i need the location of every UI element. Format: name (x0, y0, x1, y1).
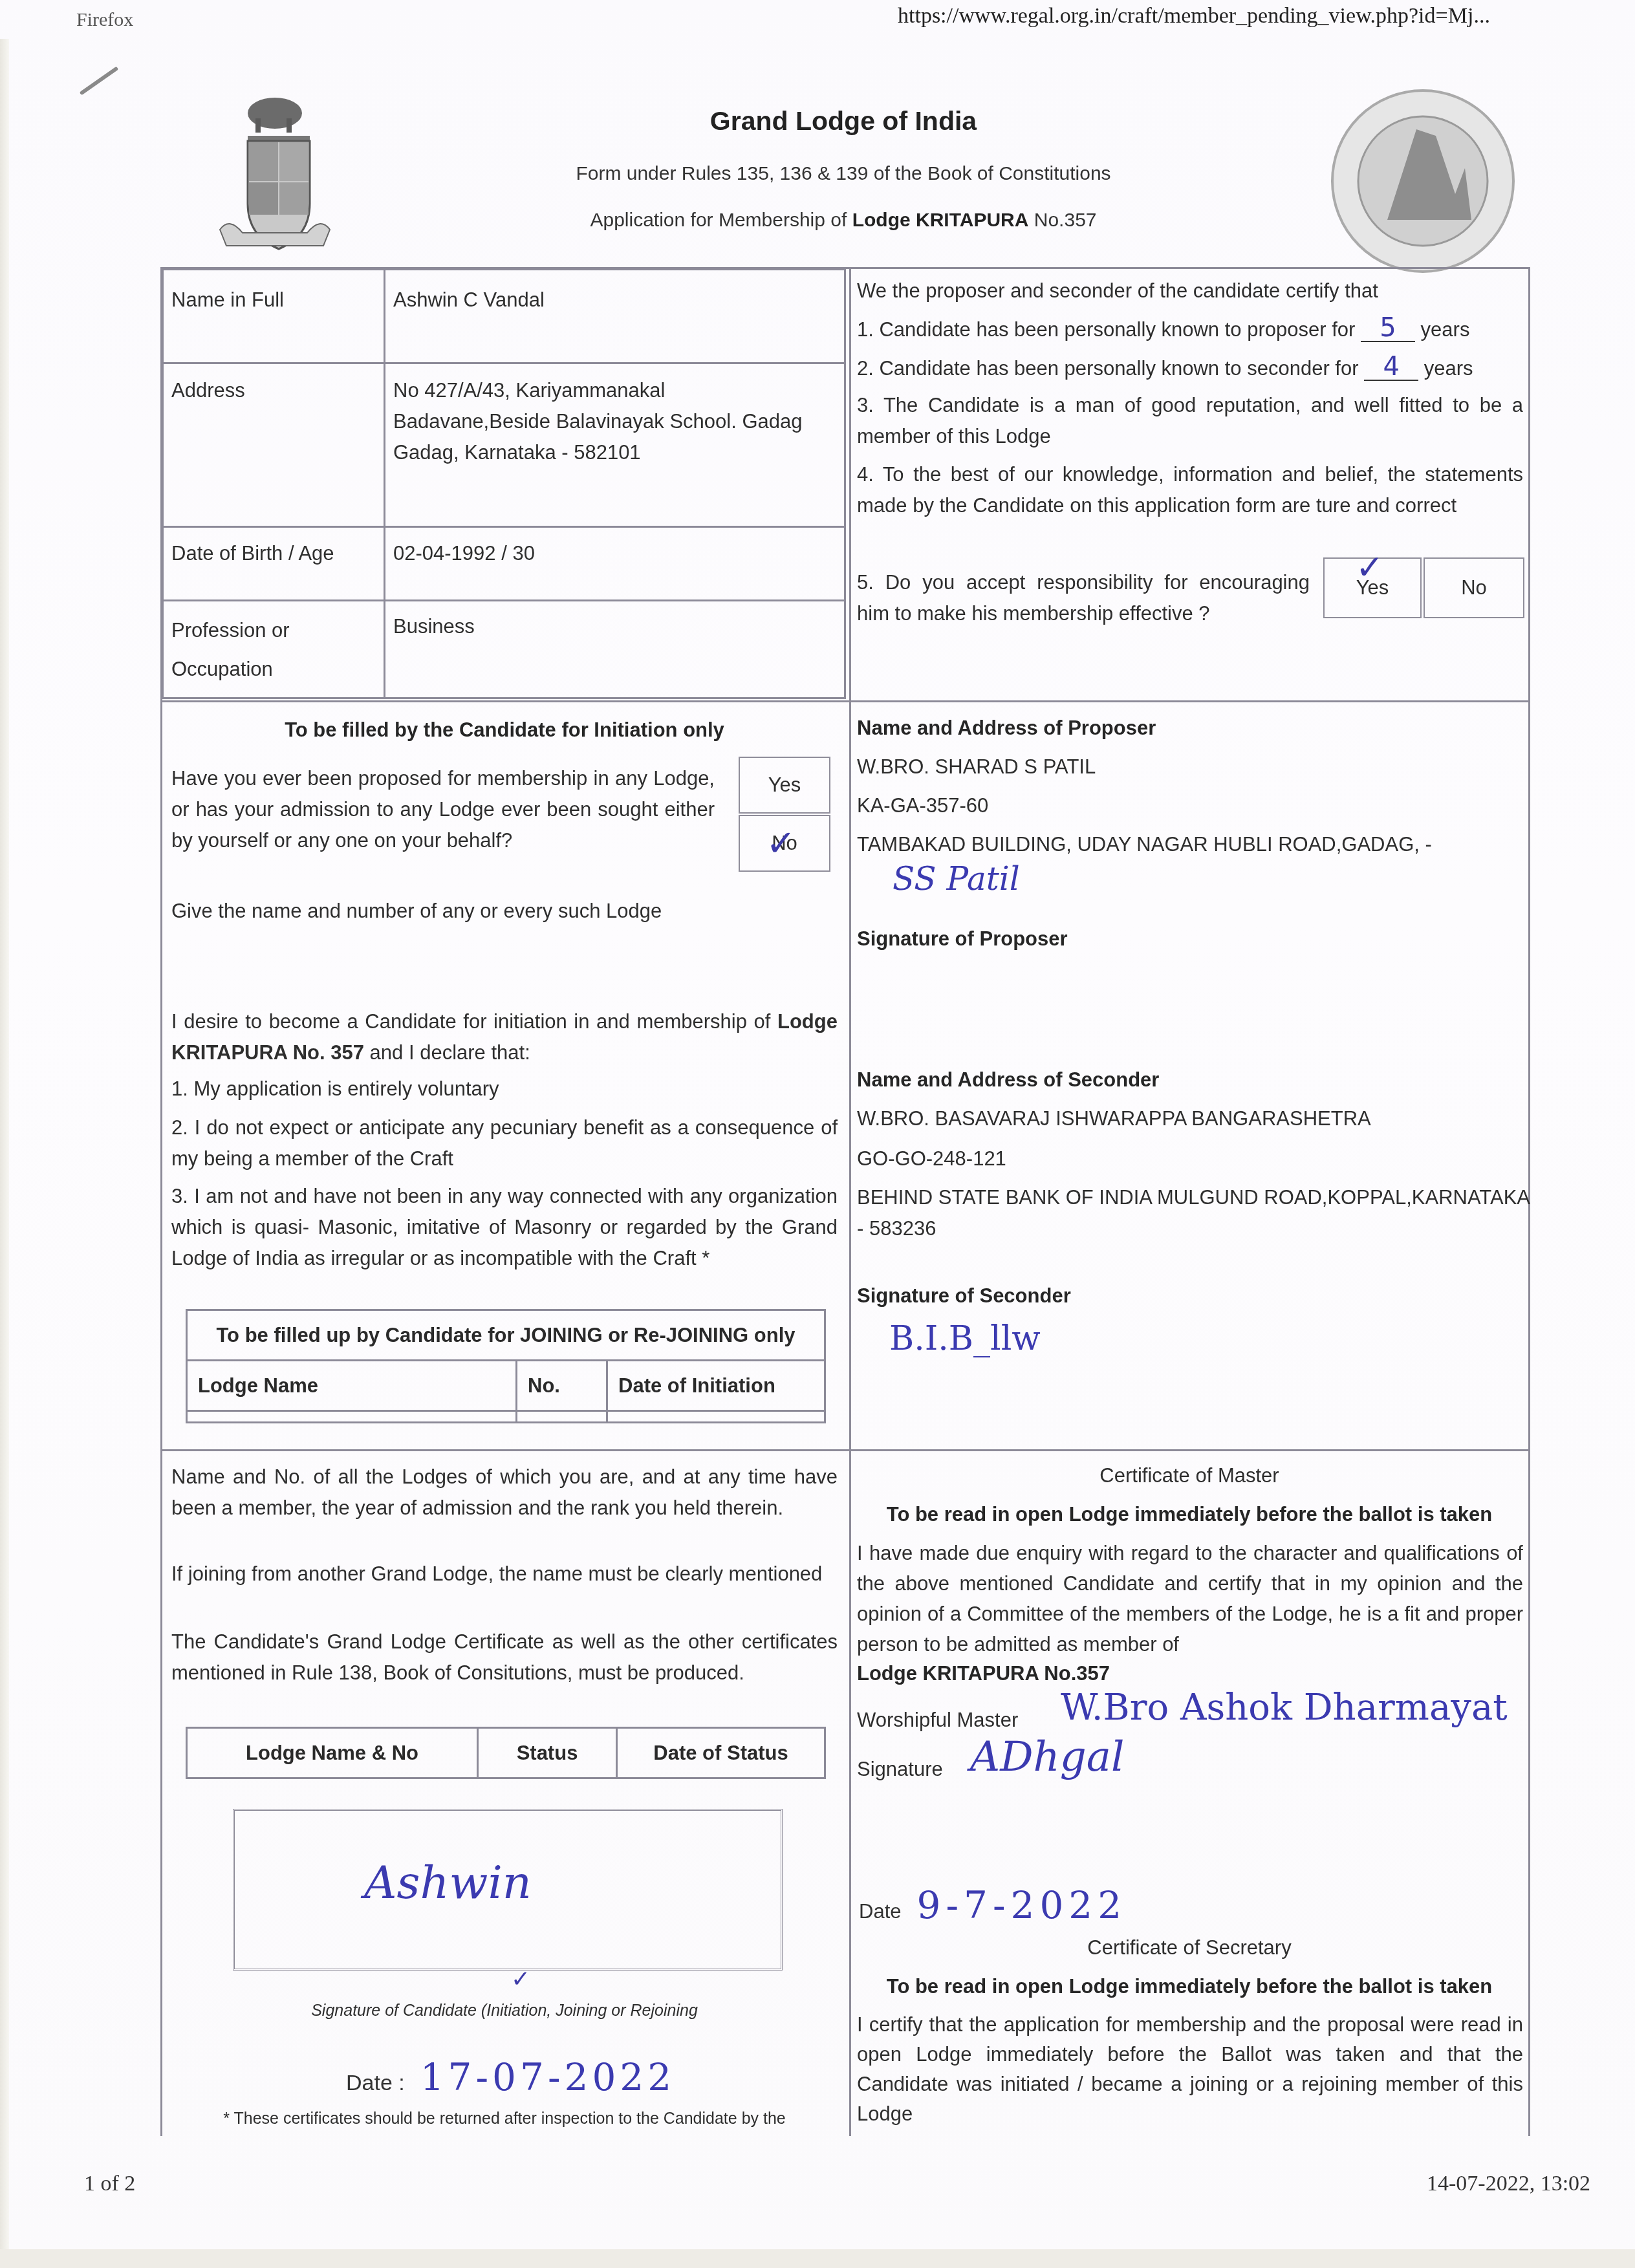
candidate-signature-caption: Signature of Candidate (Initiation, Join… (162, 1995, 847, 2026)
candidate-date: Date : 17-07-2022 (346, 2055, 675, 2099)
address-line: - 583236 (857, 1213, 1530, 1244)
date-value: 9-7-2022 (916, 1883, 1127, 1927)
declare-suffix: and I declare that: (364, 1041, 530, 1064)
years-label: years (1424, 357, 1473, 380)
master-certificate-subtitle: To be read in open Lodge immediately bef… (850, 1499, 1528, 1530)
date-label: Date (859, 1900, 901, 1923)
address-line: BEHIND STATE BANK OF INDIA MULGUND ROAD,… (857, 1182, 1530, 1213)
proposer-name: W.BRO. SHARAD S PATIL (857, 751, 1096, 783)
item-text: 2. Candidate has been personally known t… (857, 357, 1359, 380)
scan-edge (0, 39, 9, 2263)
value-profession: Business (393, 611, 475, 642)
item-text: 1. Candidate has been personally known t… (857, 318, 1355, 341)
give-lodge-name-prompt: Give the name and number of any or every… (171, 896, 844, 927)
proposer-signature: SS Patil (893, 860, 1020, 898)
secretary-certificate-body: I certify that the application for membe… (857, 2010, 1523, 2129)
check-mark-icon: ✓ (1356, 548, 1384, 587)
no-label: No (1461, 576, 1487, 599)
candidate-signature: Ashwin (364, 1856, 532, 1909)
date-value: 17-07-2022 (420, 2055, 675, 2099)
proposed-yes-checkbox[interactable]: Yes (739, 757, 830, 814)
proposer-address: TAMBAKAD BUILDING, UDAY NAGAR HUBLI ROAD… (857, 829, 1432, 860)
initiation-question: Have you ever been proposed for membersh… (171, 763, 715, 856)
col-no: No. (517, 1361, 607, 1411)
print-timestamp: 14-07-2022, 13:02 (1427, 2172, 1590, 2196)
label-profession: Profession or Occupation (171, 611, 290, 689)
lodge-no: No.357 (1028, 210, 1096, 231)
candidate-signature-box[interactable]: Ashwin (233, 1809, 783, 1971)
certify-item-1: 1. Candidate has been personally known t… (857, 314, 1523, 345)
scan-edge-bottom (0, 2249, 1635, 2268)
proposer-years-field[interactable]: 5 (1361, 315, 1415, 342)
label-line: Profession or (171, 611, 290, 650)
certify-item-3: 3. The Candidate is a man of good reputa… (857, 390, 1523, 452)
lodges-para-3: The Candidate's Grand Lodge Certificate … (171, 1626, 838, 1689)
seconder-reg-no: GO-GO-248-121 (857, 1143, 1006, 1174)
address-line: No 427/A/43, Kariyammanakal (393, 375, 803, 406)
application-prefix: Application for Membership of (590, 210, 852, 231)
declaration-1: 1. My application is entirely voluntary (171, 1074, 838, 1105)
date-label: Date : (346, 2071, 405, 2096)
page-title: Grand Lodge of India (0, 106, 1635, 136)
master-signature: ADhgal (970, 1733, 1124, 1781)
value-dob-age: 02-04-1992 / 30 (393, 538, 535, 569)
secretary-certificate-subtitle: To be read in open Lodge immediately bef… (850, 1971, 1528, 2002)
certify-item-4: 4. To the best of our knowledge, informa… (857, 459, 1523, 521)
certify-item-2: 2. Candidate has been personally known t… (857, 353, 1523, 384)
declaration-intro: I desire to become a Candidate for initi… (171, 1006, 838, 1068)
seconder-name: W.BRO. BASAVARAJ ISHWARAPPA BANGARASHETR… (857, 1103, 1371, 1134)
label-address: Address (171, 375, 245, 406)
address-line: Gadag, Karnataka - 582101 (393, 437, 803, 468)
certificates-footnote: * These certificates should be returned … (162, 2103, 847, 2134)
address-line: Badavane,Beside Balavinayak School. Gada… (393, 406, 803, 437)
col-date-of-initiation: Date of Initiation (607, 1361, 825, 1411)
master-certificate-body: I have made due enquiry with regard to t… (857, 1538, 1523, 1659)
certify-intro: We the proposer and seconder of the cand… (857, 275, 1523, 307)
certify-item-5: 5. Do you accept responsibility for enco… (857, 567, 1310, 629)
lodges-table: Lodge Name & No Status Date of Status (186, 1727, 826, 1779)
master-certificate-title: Certificate of Master (850, 1460, 1528, 1491)
proposer-heading: Name and Address of Proposer (857, 713, 1156, 744)
seconder-signature: B.I.B_llw (889, 1319, 1041, 1358)
secretary-certificate-title: Certificate of Secretary (850, 1932, 1528, 1963)
years-label: years (1421, 318, 1470, 341)
label-line: Occupation (171, 650, 290, 689)
label-name-in-full: Name in Full (171, 285, 284, 316)
lodge-name: Lodge KRITAPURA (852, 210, 1029, 231)
empty-cell[interactable] (517, 1411, 607, 1423)
lodges-para-2: If joining from another Grand Lodge, the… (171, 1559, 838, 1590)
lodges-para-1: Name and No. of all the Lodges of which … (171, 1462, 838, 1524)
check-mark-icon: ✓ (511, 1966, 530, 1993)
seconder-address: BEHIND STATE BANK OF INDIA MULGUND ROAD,… (857, 1182, 1530, 1244)
proposer-signature-label: Signature of Proposer (857, 923, 1068, 955)
value-address: No 427/A/43, Kariyammanakal Badavane,Bes… (393, 375, 803, 468)
declaration-2: 2. I do not expect or anticipate any pec… (171, 1112, 838, 1174)
master-date: Date 9-7-2022 (859, 1883, 1127, 1927)
proposed-no-checkbox[interactable]: No ✓ (739, 815, 830, 872)
responsibility-yes-checkbox[interactable]: Yes ✓ (1323, 557, 1422, 618)
seconder-years-field[interactable]: 4 (1364, 354, 1418, 381)
col-status: Status (478, 1728, 617, 1778)
wm-label: Worshipful Master (857, 1705, 1018, 1736)
empty-cell[interactable] (187, 1411, 517, 1423)
col-date-of-status: Date of Status (617, 1728, 825, 1778)
wm-name: W.Bro Ashok Dharmayat (1061, 1687, 1508, 1729)
empty-cell[interactable] (607, 1411, 825, 1423)
joining-table: To be filled up by Candidate for JOINING… (186, 1309, 826, 1423)
label-dob-age: Date of Birth / Age (171, 538, 334, 569)
declaration-3: 3. I am not and have not been in any way… (171, 1181, 838, 1274)
master-certificate-lodge: Lodge KRITAPURA No.357 (857, 1658, 1110, 1689)
responsibility-no-checkbox[interactable]: No (1424, 557, 1524, 618)
browser-app-name: Firefox (76, 9, 133, 31)
declare-intro-text: I desire to become a Candidate for initi… (171, 1010, 770, 1033)
application-title: Application for Membership of Lodge KRIT… (0, 210, 1635, 232)
page-number: 1 of 2 (84, 2172, 135, 2196)
check-mark-icon: ✓ (766, 823, 796, 865)
joining-table-title: To be filled up by Candidate for JOINING… (187, 1310, 825, 1361)
seconder-heading: Name and Address of Seconder (857, 1064, 1159, 1096)
initiation-heading: To be filled by the Candidate for Initia… (162, 715, 847, 746)
master-signature-label: Signature (857, 1754, 943, 1785)
col-lodge-name: Lodge Name (187, 1361, 517, 1411)
value-name-in-full: Ashwin C Vandal (393, 285, 545, 316)
browser-url: https://www.regal.org.in/craft/member_pe… (898, 4, 1490, 28)
yes-label: Yes (768, 773, 801, 797)
seconder-signature-label: Signature of Seconder (857, 1280, 1071, 1312)
form-subtitle: Form under Rules 135, 136 & 139 of the B… (0, 163, 1635, 185)
col-lodge-name-no: Lodge Name & No (187, 1728, 478, 1778)
proposer-reg-no: KA-GA-357-60 (857, 790, 988, 821)
